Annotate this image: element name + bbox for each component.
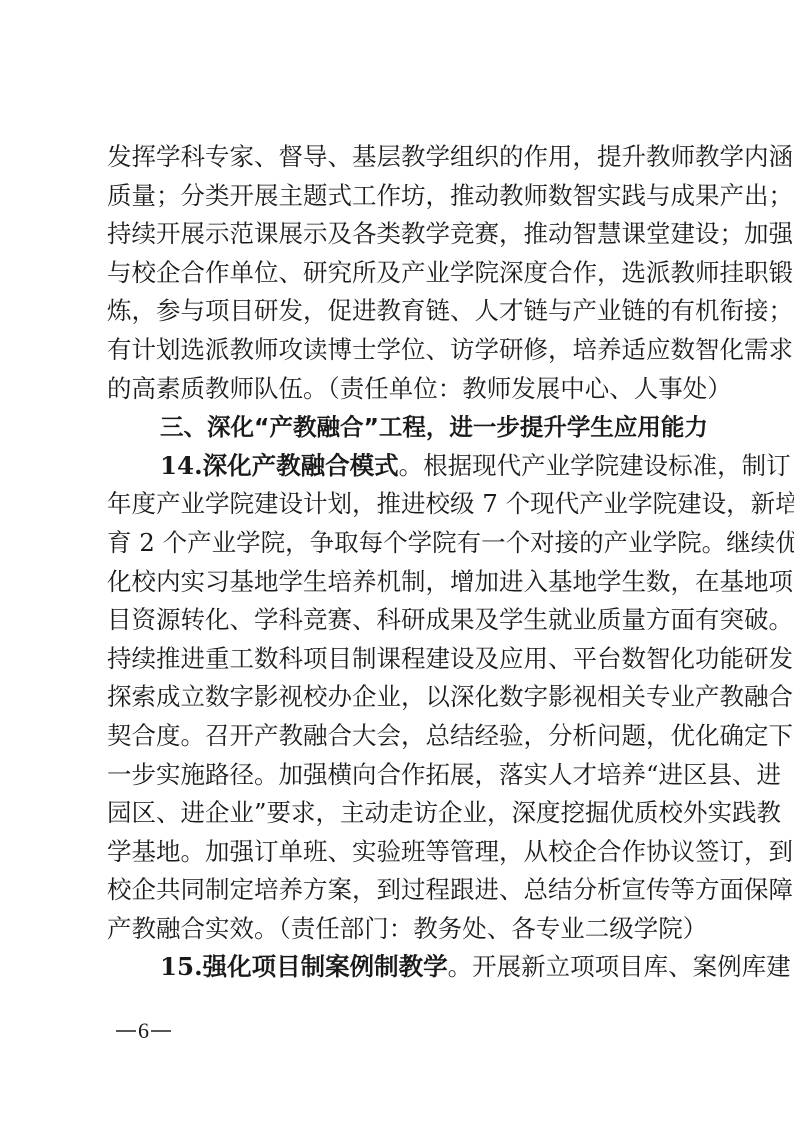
item-15-first-line: 15.强化项目制案例制教学。开展新立项项目库、案例库建 (107, 948, 695, 987)
item-14-title: 14.深化产教融合模式 (160, 451, 399, 480)
text-line: 产教融合实效。（责任部门：教务处、各专业二级学院） (107, 910, 695, 949)
text-line: 契合度。召开产教融合大会，总结经验，分析问题，优化确定下 (107, 717, 695, 756)
page-number-dash-right (151, 1030, 171, 1032)
item-15-text: 。开展新立项项目库、案例库建 (448, 952, 791, 981)
item-14-paragraph: 14.深化产教融合模式。根据现代产业学院建设标准，制订 年度产业学院建设计划，推… (107, 447, 695, 949)
page-number-value: 6 (136, 1018, 151, 1044)
text-line: 与校企合作单位、研究所及产业学院深度合作，选派教师挂职锻 (107, 254, 695, 293)
item-15-paragraph: 15.强化项目制案例制教学。开展新立项项目库、案例库建 (107, 948, 695, 987)
text-line: 探索成立数字影视校办企业，以深化数字影视相关专业产教融合 (107, 678, 695, 717)
item-15-title: 15.强化项目制案例制教学 (160, 952, 448, 981)
text-line: 学基地。加强订单班、实验班等管理，从校企合作协议签订，到 (107, 833, 695, 872)
text-line: 一步实施路径。加强横向合作拓展，落实人才培养“进区县、进 (107, 756, 695, 795)
text-line: 持续开展示范课展示及各类教学竞赛，推动智慧课堂建设；加强 (107, 215, 695, 254)
text-line: 园区、进企业”要求，主动走访企业，深度挖掘优质校外实践教 (107, 794, 695, 833)
text-line: 育 2 个产业学院，争取每个学院有一个对接的产业学院。继续优 (107, 524, 695, 563)
continuation-paragraph: 发挥学科专家、督导、基层教学组织的作用，提升教师教学内涵 质量；分类开展主题式工… (107, 138, 695, 408)
text-line: 炼，参与项目研发，促进教育链、人才链与产业链的有机衔接； (107, 292, 695, 331)
text-line: 发挥学科专家、督导、基层教学组织的作用，提升教师教学内涵 (107, 138, 695, 177)
text-line: 的高素质教师队伍。（责任单位：教师发展中心、人事处） (107, 370, 695, 409)
text-line: 校企共同制定培养方案，到过程跟进、总结分析宣传等方面保障 (107, 871, 695, 910)
item-14-text: 。根据现代产业学院建设标准，制订 (399, 451, 791, 480)
text-line: 持续推进重工数科项目制课程建设及应用、平台数智化功能研发， (107, 640, 695, 679)
text-line: 年度产业学院建设计划，推进校级 7 个现代产业学院建设，新培 (107, 485, 695, 524)
page-number-dash-left (116, 1030, 136, 1032)
text-line: 有计划选派教师攻读博士学位、访学研修，培养适应数智化需求 (107, 331, 695, 370)
text-line: 化校内实习基地学生培养机制，增加进入基地学生数，在基地项 (107, 563, 695, 602)
page-number: 6 (116, 1018, 171, 1044)
item-14-first-line: 14.深化产教融合模式。根据现代产业学院建设标准，制订 (107, 447, 695, 486)
section-heading: 三、深化“产教融合”工程，进一步提升学生应用能力 (107, 408, 695, 447)
text-line: 质量；分类开展主题式工作坊，推动教师数智实践与成果产出； (107, 177, 695, 216)
text-line: 目资源转化、学科竞赛、科研成果及学生就业质量方面有突破。 (107, 601, 695, 640)
document-page: 发挥学科专家、督导、基层教学组织的作用，提升教师教学内涵 质量；分类开展主题式工… (107, 138, 695, 987)
